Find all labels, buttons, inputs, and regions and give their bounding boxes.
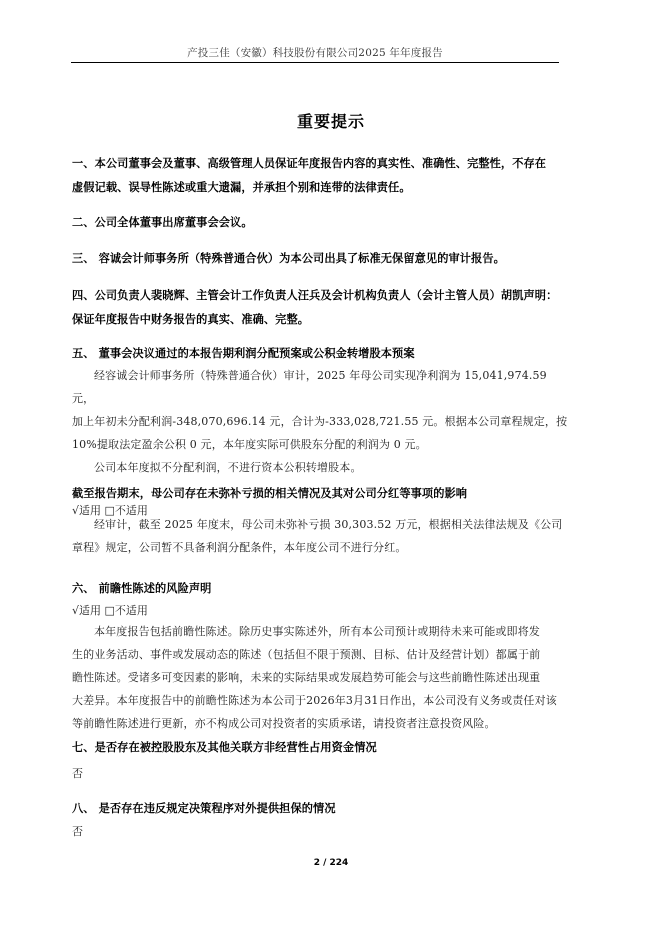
section-1: 一、本公司董事会及董事、高级管理人员保证年度报告内容的真实性、准确性、完整性，不…: [72, 152, 572, 200]
section-5-para-1-line-2: 加上年初未分配利润-348,070,696.14 元，合计为-333,028,7…: [72, 410, 572, 433]
section-4-line-1: 四、公司负责人裴晓辉、主管会计工作负责人汪兵及会计机构负责人（会计主管人员）胡凯…: [72, 284, 572, 308]
deficit-line-2: 章程》规定，公司暂不具备利润分配条件，本年度公司不进行分红。: [72, 536, 572, 559]
section-6-applicable: √适用 □不适用: [72, 602, 572, 620]
section-1-line-2: 虚假记载、误导性陈述或重大遗漏，并承担个别和连带的法律责任。: [72, 176, 572, 200]
section-4-line-2: 保证年度报告中财务报告的真实、准确、完整。: [72, 308, 572, 332]
section-5-heading: 五、 董事会决议通过的本报告期利润分配预案或公积金转增股本预案: [72, 342, 572, 366]
deficit-body: 经审计，截至 2025 年度末，母公司未弥补亏损 30,303.52 万元，根据…: [72, 513, 572, 559]
section-6-line-1: 本年度报告包括前瞻性陈述。除历史事实陈述外，所有本公司预计或期待未来可能或即将发: [72, 620, 572, 643]
section-8-answer: 否: [72, 820, 572, 843]
section-7-heading: 七、是否存在被控股股东及其他关联方非经营性占用资金情况: [72, 736, 572, 760]
section-6-line-2: 生的业务活动、事件或发展动态的陈述（包括但不限于预测、目标、估计及经营计划）都属…: [72, 643, 572, 666]
section-4: 四、公司负责人裴晓辉、主管会计工作负责人汪兵及会计机构负责人（会计主管人员）胡凯…: [72, 284, 572, 332]
page-title: 重要提示: [0, 109, 662, 132]
section-6-line-4: 大差异。本年度报告中的前瞻性陈述为本公司于2026年3月31日作出，本公司没有义…: [72, 689, 572, 712]
section-5-para-1-line-1: 经容诚会计师事务所（特殊普通合伙）审计，2025 年母公司实现净利润为 15,0…: [72, 364, 572, 410]
header-divider: [71, 62, 559, 63]
running-header: 产投三佳（安徽）科技股份有限公司2025 年年度报告: [71, 45, 559, 60]
section-6-heading: 六、 前瞻性陈述的风险声明: [72, 577, 572, 601]
section-8-heading: 八、 是否存在违反规定决策程序对外提供担保的情况: [72, 797, 572, 821]
section-6-body: 本年度报告包括前瞻性陈述。除历史事实陈述外，所有本公司预计或期待未来可能或即将发…: [72, 620, 572, 735]
section-1-line-1: 一、本公司董事会及董事、高级管理人员保证年度报告内容的真实性、准确性、完整性，不…: [72, 152, 572, 176]
page-number: 2 / 224: [0, 858, 662, 868]
section-2: 二、公司全体董事出席董事会会议。: [72, 211, 572, 235]
section-6-line-5: 等前瞻性陈述进行更新，亦不构成公司对投资者的实质承诺，请投资者注意投资风险。: [72, 712, 572, 735]
section-7-answer: 否: [72, 762, 572, 785]
section-5-para-1-line-3: 10%提取法定盈余公积 0 元，本年度实际可供股东分配的利润为 0 元。: [72, 433, 572, 456]
section-5-para-2: 公司本年度拟不分配利润，不进行资本公积转增股本。: [72, 456, 572, 479]
section-5-body: 经容诚会计师事务所（特殊普通合伙）审计，2025 年母公司实现净利润为 15,0…: [72, 364, 572, 479]
section-3: 三、 容诚会计师事务所（特殊普通合伙）为本公司出具了标准无保留意见的审计报告。: [72, 247, 572, 271]
section-6-line-3: 瞻性陈述。受诸多可变因素的影响，未来的实际结果或发展趋势可能会与这些前瞻性陈述出…: [72, 666, 572, 689]
deficit-line-1: 经审计，截至 2025 年度末，母公司未弥补亏损 30,303.52 万元，根据…: [72, 513, 572, 536]
